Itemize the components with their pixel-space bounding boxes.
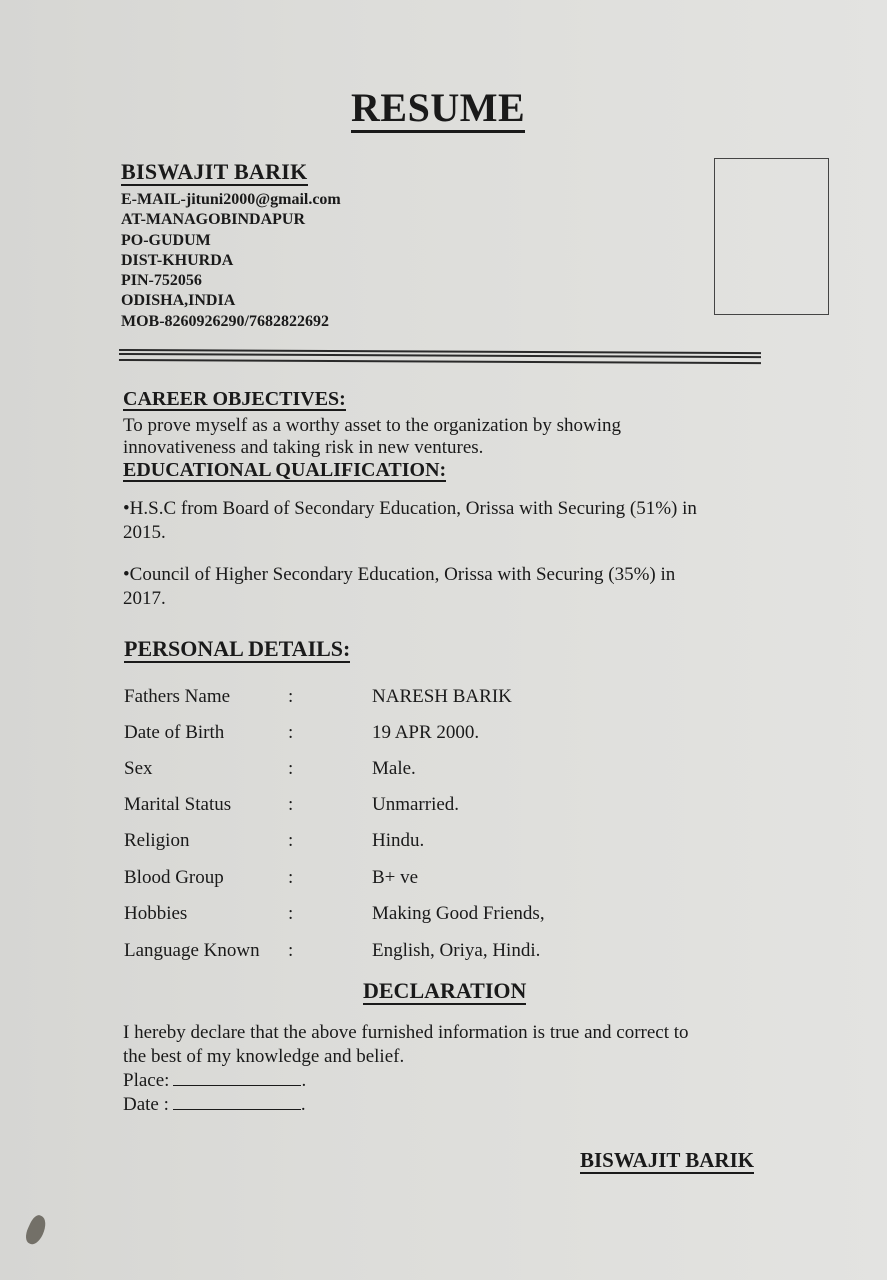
education-item-line: •Council of Higher Secondary Education, …	[123, 563, 675, 587]
contact-address-dist: DIST-KHURDA	[121, 251, 341, 271]
education-item: •Council of Higher Secondary Education, …	[123, 563, 675, 611]
date-end-mark: .	[301, 1094, 306, 1115]
career-line: innovativeness and taking risk in new ve…	[123, 437, 621, 459]
row-label: Fathers Name	[124, 686, 230, 708]
row-label: Marital Status	[124, 794, 231, 816]
row-value: Unmarried.	[372, 794, 459, 816]
career-objectives-heading: CAREER OBJECTIVES:	[123, 389, 346, 411]
contact-address-po: PO-GUDUM	[121, 231, 341, 251]
row-label: Language Known	[124, 940, 260, 962]
row-value: NARESH BARIK	[372, 686, 512, 708]
table-row: Language Known : English, Oriya, Hindi.	[124, 940, 724, 966]
table-row: Fathers Name : NARESH BARIK	[124, 686, 724, 712]
declaration-body: I hereby declare that the above furnishe…	[123, 1021, 689, 1117]
row-label: Hobbies	[124, 903, 187, 925]
photo-placeholder-box	[714, 158, 829, 315]
row-value: Hindu.	[372, 830, 424, 852]
table-row: Sex : Male.	[124, 758, 724, 784]
education-item: •H.S.C from Board of Secondary Education…	[123, 497, 697, 545]
contact-mobile: MOB-8260926290/7682822692	[121, 312, 341, 332]
table-row: Marital Status : Unmarried.	[124, 794, 724, 820]
education-item-line: 2017.	[123, 587, 675, 611]
contact-address-at: AT-MANAGOBINDAPUR	[121, 210, 341, 230]
education-heading: EDUCATIONAL QUALIFICATION:	[123, 460, 446, 482]
table-row: Hobbies : Making Good Friends,	[124, 903, 724, 929]
contact-address-pin: PIN-752056	[121, 271, 341, 291]
row-colon: :	[288, 830, 293, 852]
row-colon: :	[288, 867, 293, 889]
contact-block: E-MAIL-jituni2000@gmail.com AT-MANAGOBIN…	[121, 190, 341, 332]
date-field: Date :.	[123, 1093, 689, 1117]
row-value: English, Oriya, Hindi.	[372, 940, 540, 962]
row-value: Making Good Friends,	[372, 903, 545, 925]
date-blank-line	[173, 1095, 301, 1110]
declaration-line: I hereby declare that the above furnishe…	[123, 1021, 689, 1045]
row-colon: :	[288, 940, 293, 962]
row-value: B+ ve	[372, 867, 418, 889]
row-value: 19 APR 2000.	[372, 722, 479, 744]
row-label: Sex	[124, 758, 153, 780]
row-label: Blood Group	[124, 867, 224, 889]
header-divider	[119, 349, 761, 364]
applicant-name: BISWAJIT BARIK	[121, 160, 308, 186]
row-colon: :	[288, 758, 293, 780]
declaration-heading: DECLARATION	[363, 979, 526, 1005]
table-row: Religion : Hindu.	[124, 830, 724, 856]
place-end-mark: .	[301, 1070, 306, 1091]
place-blank-line	[173, 1071, 301, 1086]
signature-name: BISWAJIT BARIK	[580, 1148, 754, 1174]
place-field: Place:.	[123, 1069, 689, 1093]
personal-details-heading: PERSONAL DETAILS:	[124, 637, 350, 663]
contact-address-state: ODISHA,INDIA	[121, 291, 341, 311]
place-label: Place:	[123, 1070, 169, 1091]
declaration-line: the best of my knowledge and belief.	[123, 1045, 689, 1069]
table-row: Blood Group : B+ ve	[124, 867, 724, 893]
education-item-line: 2015.	[123, 521, 697, 545]
contact-email: E-MAIL-jituni2000@gmail.com	[121, 190, 341, 210]
career-line: To prove myself as a worthy asset to the…	[123, 415, 621, 437]
career-objectives-text: To prove myself as a worthy asset to the…	[123, 415, 621, 459]
row-colon: :	[288, 686, 293, 708]
resume-title: RESUME	[351, 88, 525, 133]
table-row: Date of Birth : 19 APR 2000.	[124, 722, 724, 748]
row-value: Male.	[372, 758, 416, 780]
row-colon: :	[288, 903, 293, 925]
ink-smudge	[22, 1213, 49, 1247]
row-colon: :	[288, 794, 293, 816]
row-colon: :	[288, 722, 293, 744]
education-item-line: •H.S.C from Board of Secondary Education…	[123, 497, 697, 521]
date-label: Date :	[123, 1094, 169, 1115]
row-label: Date of Birth	[124, 722, 224, 744]
row-label: Religion	[124, 830, 189, 852]
